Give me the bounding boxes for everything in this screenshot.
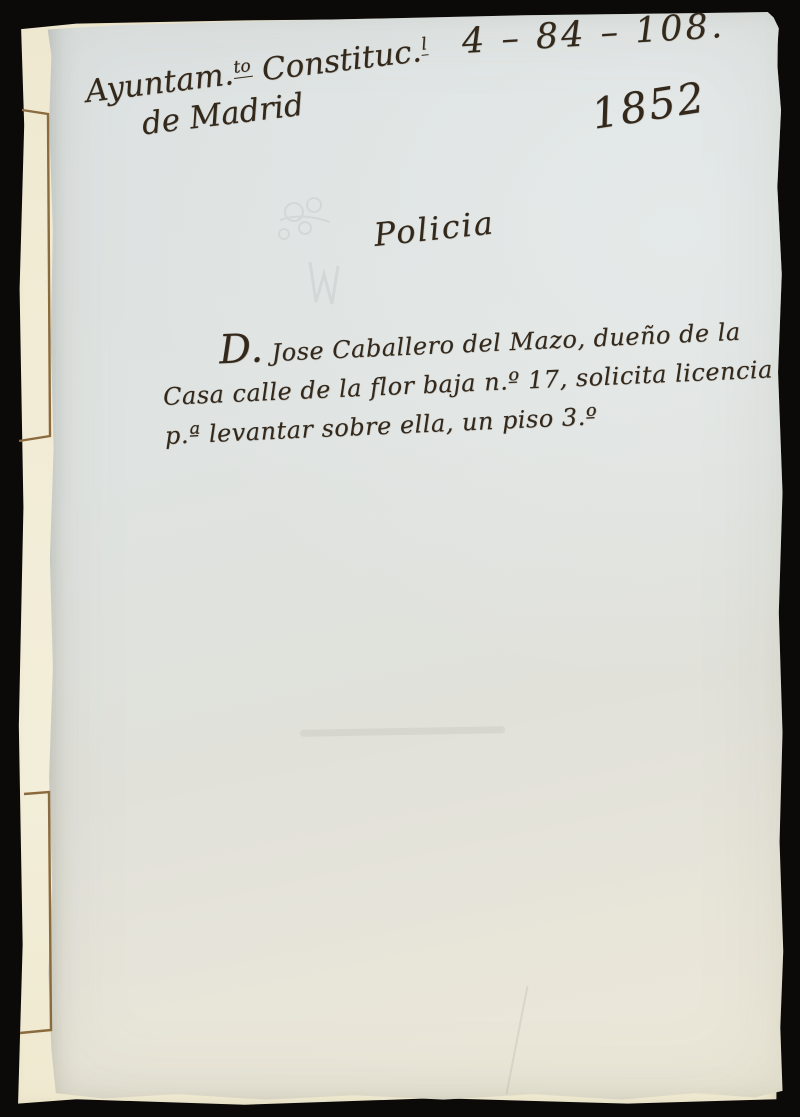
petition-initial: D. <box>218 325 264 373</box>
scan-background: 4 – 84 – 108. 1852 Ayuntam.to Constituc.… <box>0 0 800 1117</box>
org-abbrev-superscript: to <box>231 56 253 79</box>
manuscript-page <box>44 12 784 1104</box>
watermark-showthrough <box>272 192 347 317</box>
